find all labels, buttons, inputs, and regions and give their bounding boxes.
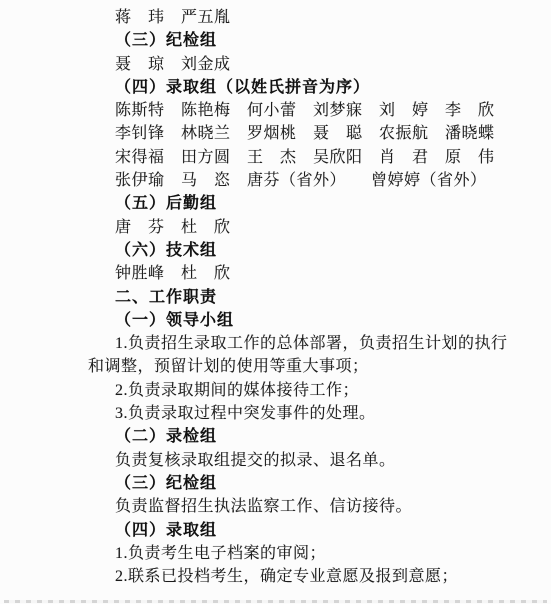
document-line: 唐 芬 杜 欣 — [88, 216, 511, 239]
section-heading: （六）技术组 — [88, 239, 511, 262]
section-heading: （二）录检组 — [88, 425, 511, 448]
document-line: 1.负责招生录取工作的总体部署，负责招生计划的执行 — [88, 332, 511, 355]
document-line: 负责监督招生执法监察工作、信访接待。 — [88, 495, 511, 518]
scan-edge-artifact — [4, 600, 547, 603]
document-line: 钟胜峰 杜 欣 — [88, 262, 511, 285]
document-line: 2.负责录取期间的媒体接待工作； — [88, 379, 511, 402]
section-heading: （三）纪检组 — [88, 29, 511, 52]
document-line: 李钊锋 林晓兰 罗烟桃 聂 聪 农振航 潘晓蝶 — [88, 122, 511, 145]
section-heading: （四）录取组 — [88, 519, 511, 542]
section-heading: （三）纪检组 — [88, 472, 511, 495]
document-line: 陈斯特 陈艳梅 何小蕾 刘梦寐 刘 婷 李 欣 — [88, 99, 511, 122]
document-line: 聂 琼 刘金成 — [88, 53, 511, 76]
section-heading: 二、工作职责 — [88, 286, 511, 309]
document-line: 3.负责录取过程中突发事件的处理。 — [88, 402, 511, 425]
document-line: 1.负责考生电子档案的审阅； — [88, 542, 511, 565]
section-heading: （四）录取组（以姓氏拼音为序） — [88, 76, 511, 99]
document-line: 蒋 玮 严五胤 — [88, 6, 511, 29]
section-heading: （一）领导小组 — [88, 309, 511, 332]
document-line: 宋得福 田方圆 王 杰 吴欣阳 肖 君 原 伟 — [88, 146, 511, 169]
document-line: 和调整，预留计划的使用等重大事项； — [88, 355, 511, 378]
document-line: 2.联系已投档考生，确定专业意愿及报到意愿； — [88, 565, 511, 588]
scanned-document-page: 蒋 玮 严五胤（三）纪检组聂 琼 刘金成（四）录取组（以姓氏拼音为序）陈斯特 陈… — [0, 0, 551, 604]
document-body: 蒋 玮 严五胤（三）纪检组聂 琼 刘金成（四）录取组（以姓氏拼音为序）陈斯特 陈… — [88, 6, 511, 588]
document-line: 张伊瑜 马 恣 唐芬（省外） 曾婷婷（省外） — [88, 169, 511, 192]
document-line: 负责复核录取组提交的拟录、退名单。 — [88, 449, 511, 472]
section-heading: （五）后勤组 — [88, 192, 511, 215]
